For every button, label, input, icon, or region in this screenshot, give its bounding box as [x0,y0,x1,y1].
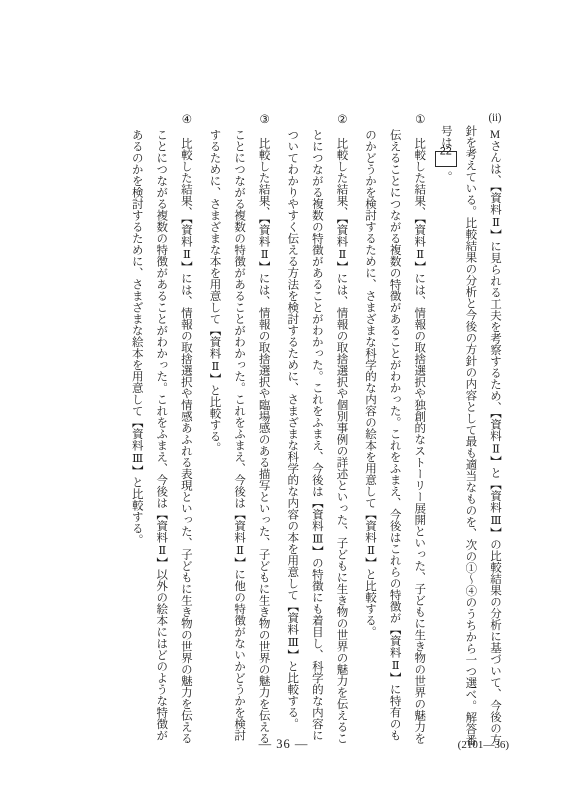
question-item-label: (ii) [489,112,501,124]
option-2-marker: ② [335,112,347,126]
option-3: ③ 比較した結果、【資料Ⅱ】には、情報の取捨選択や臨場感のある描写といった、子ど… [202,112,276,748]
option-4-marker: ④ [180,112,192,126]
answer-number-box: 22 [435,151,457,167]
document-code: (2101—36) [458,739,509,751]
option-4-text: 比較した結果、【資料Ⅱ】には、情報の取捨選択や情感あふれる表現といった、子どもに… [131,129,192,744]
option-2-text: 比較した結果、【資料Ⅱ】には、情報の取捨選択や個別事例の詳述といった、子どもに生… [286,129,347,744]
option-3-marker: ③ [258,112,270,126]
person-initial: M [489,129,501,141]
exam-page: (ii)Mさんは、【資料Ⅱ】に見られる工夫を考察するため、【資料Ⅱ】と【資料Ⅲ】… [0,0,567,800]
option-1-text: 比較した結果、【資料Ⅱ】には、情報の取捨選択や独創的なストーリー展開といった、子… [364,129,425,744]
option-1: ① 比較した結果、【資料Ⅱ】には、情報の取捨選択や独創的なストーリー展開といった… [357,112,431,748]
option-4: ④ 比較した結果、【資料Ⅱ】には、情報の取捨選択や情感あふれる表現といった、子ど… [124,112,198,748]
question-statement: (ii)Mさんは、【資料Ⅱ】に見られる工夫を考察するため、【資料Ⅱ】と【資料Ⅲ】… [433,112,507,748]
question-ii-section: (ii)Mさんは、【資料Ⅱ】に見られる工夫を考察するため、【資料Ⅱ】と【資料Ⅲ】… [120,112,507,748]
question-text-end: 。 [440,171,452,183]
option-2: ② 比較した結果、【資料Ⅱ】には、情報の取捨選択や個別事例の詳述といった、子ども… [280,112,354,748]
option-3-text: 比較した結果、【資料Ⅱ】には、情報の取捨選択や臨場感のある描写といった、子どもに… [208,129,269,744]
option-1-marker: ① [413,112,425,126]
question-text: さんは、【資料Ⅱ】に見られる工夫を考察するため、【資料Ⅱ】と【資料Ⅲ】の比較結果… [440,125,501,746]
